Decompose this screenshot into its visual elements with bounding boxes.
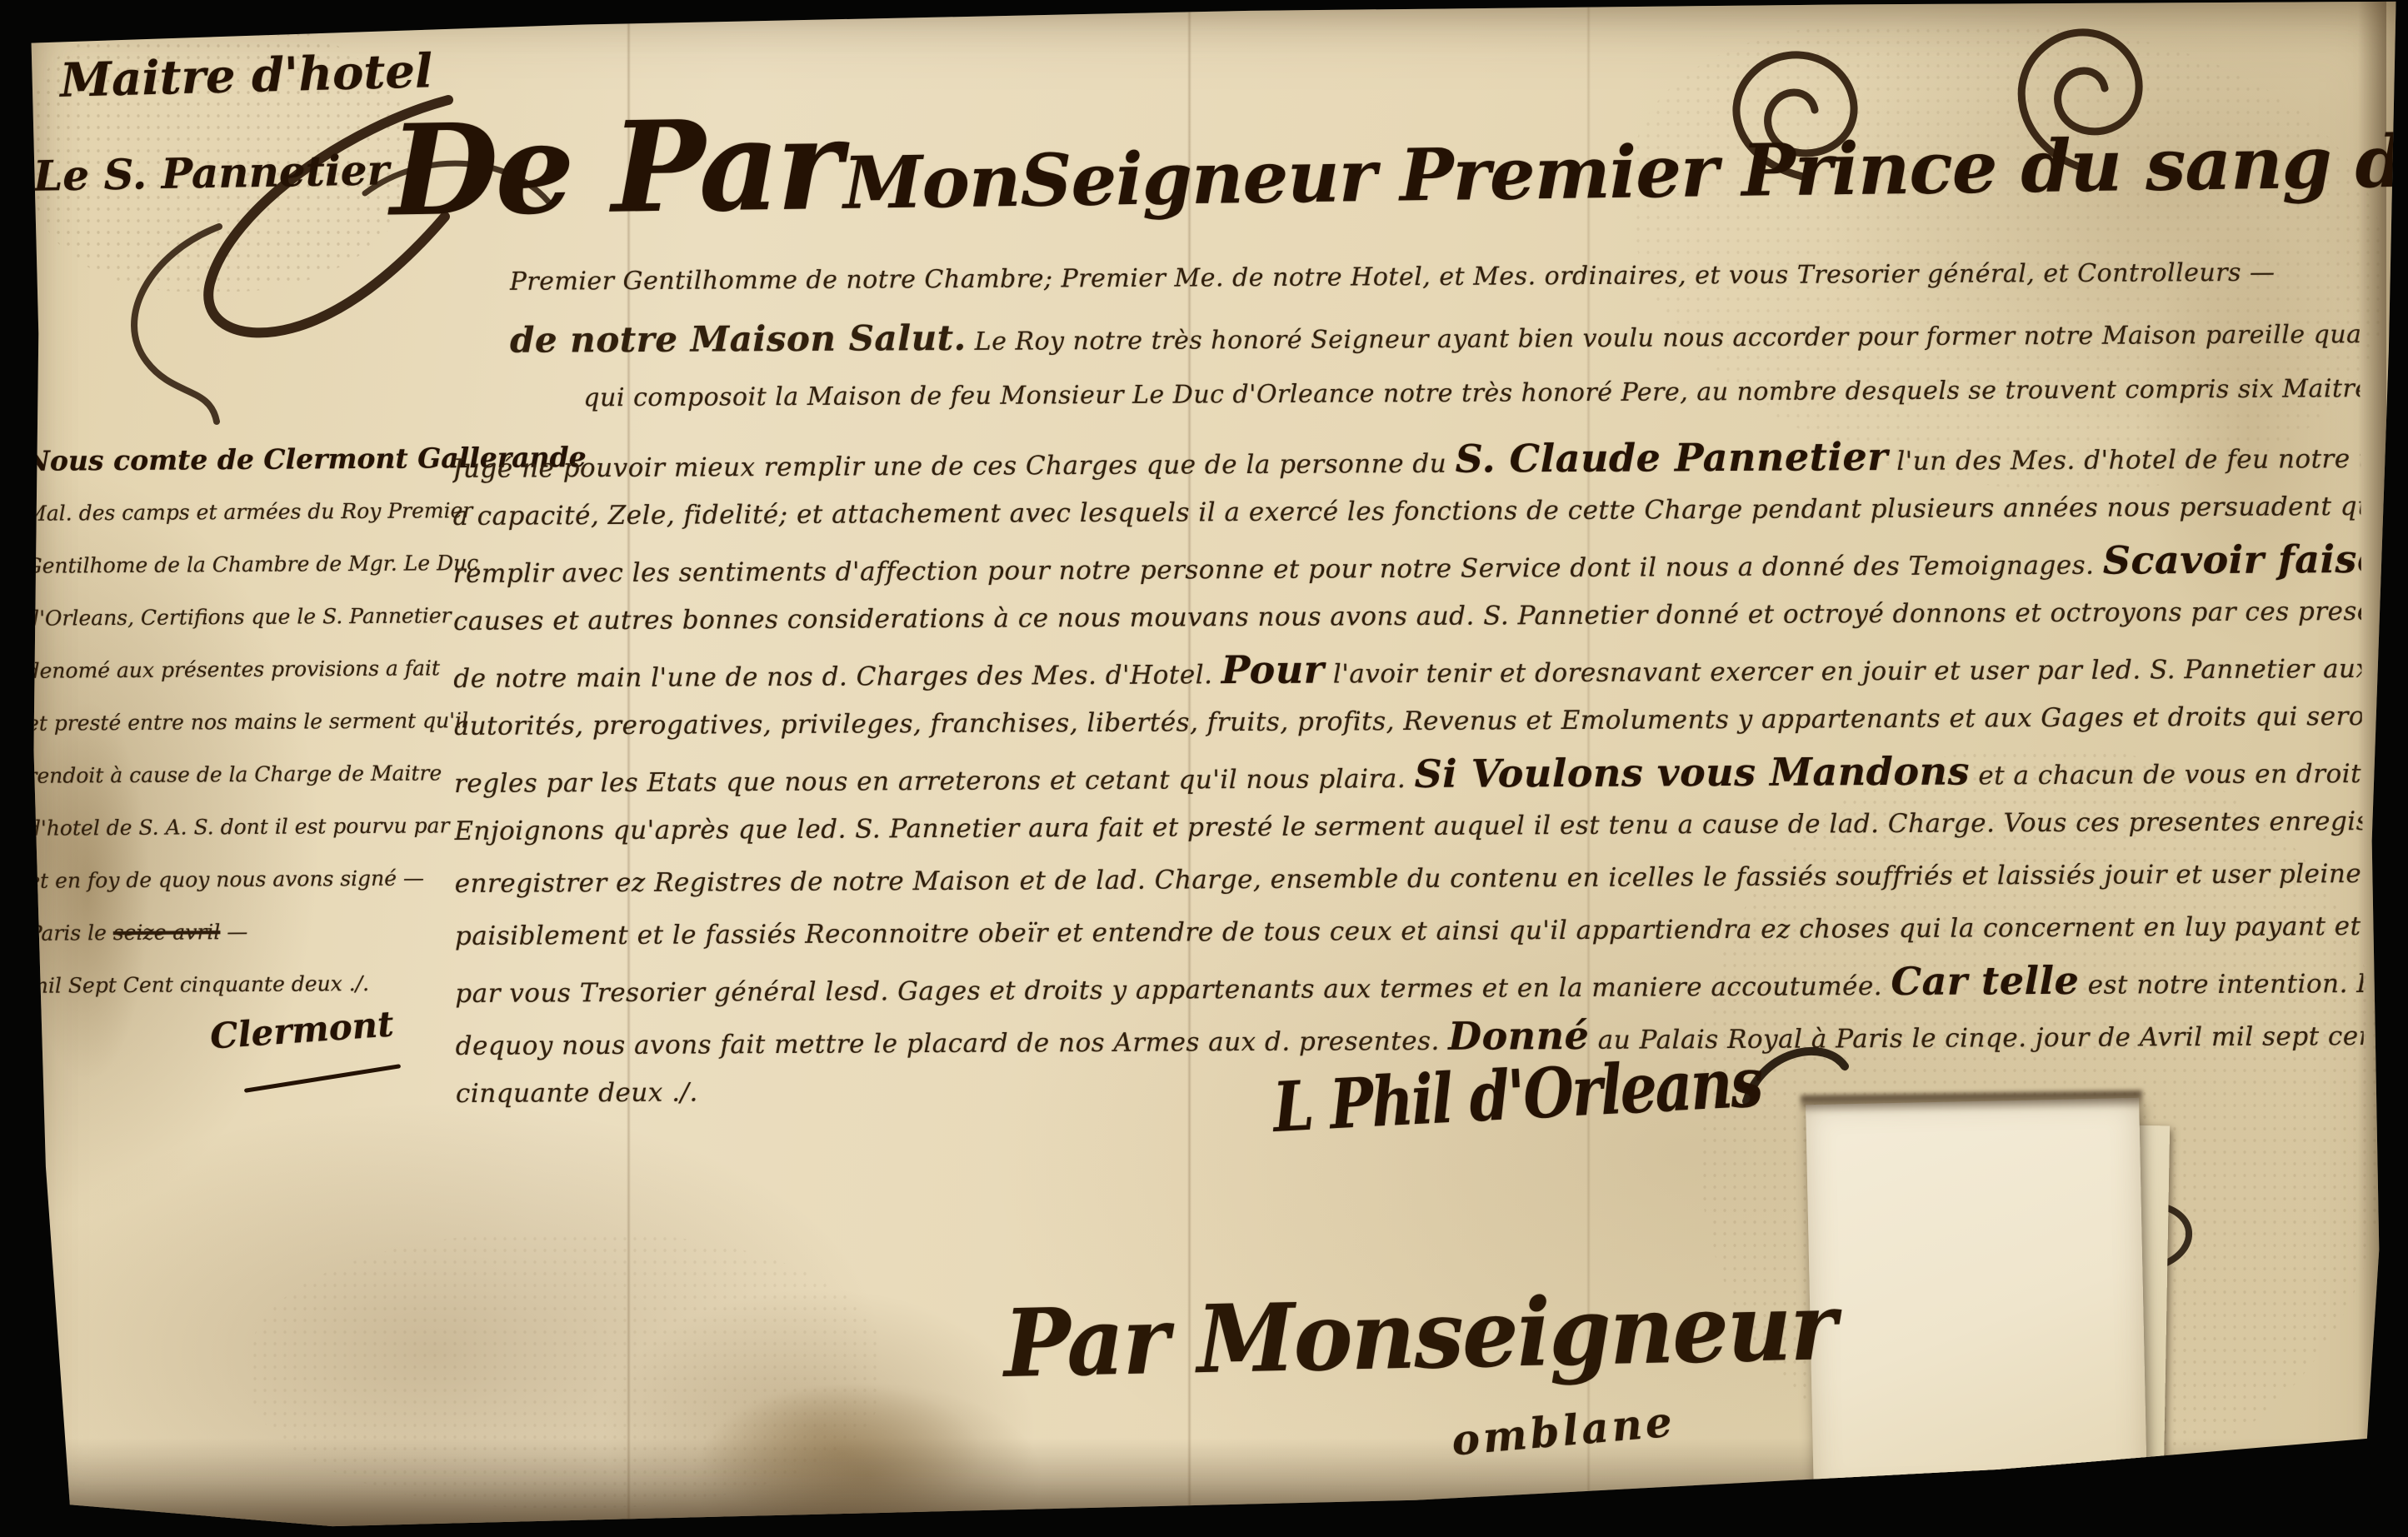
clermont-signature: Clermont [209,1003,396,1056]
heading-rest: MonSeigneur Premier Prince du sang duc d… [843,112,2408,226]
body-text-column: Jugé ne pouvoir mieux remplir une de ces… [452,428,2364,1120]
manuscript-line: de notre main l'une de nos d. Charges de… [453,638,2361,701]
manuscript-line: a capacité, Zele, fidelité; et attacheme… [452,481,2361,543]
margin-attestation-column: Nous comte de Clermont GallerandeMal. de… [25,432,462,1012]
clermont-signature-flourish [244,1064,401,1093]
docket-office-title: Maitre d'hotel [59,43,433,108]
manuscript-line: dequoy nous avons fait mettre le placard… [456,1006,2364,1068]
parchment-document: Maitre d'hotel Le S. Pannetier De Par Mo… [0,0,2408,1537]
heading-title: De Par MonSeigneur Premier Prince du san… [389,62,2408,245]
manuscript-line: de notre Maison Salut. Le Roy notre très… [510,302,2360,370]
manuscript-line: Jugé ne pouvoir mieux remplir une de ces… [452,428,2361,491]
manuscript-line: enregistrer ez Registres de notre Maison… [455,848,2363,911]
manuscript-line: autorités, prerogatives, privileges, fra… [454,691,2362,753]
intro-column: Premier Gentilhomme de notre Chambre; Pr… [509,243,2360,428]
manuscript-line: rendoit à cause de la Charge de Maitre [27,746,460,802]
seal-paper-patch [1806,1098,2147,1498]
manuscript-line: denomé aux présentes provisions a fait [26,641,459,697]
heading-lead: De Par [389,92,840,245]
manuscript-line: et presté entre nos mains le serment qu'… [27,694,460,750]
manuscript-line: Nous comte de Clermont Gallerande [25,432,458,487]
scan-background: Maitre d'hotel Le S. Pannetier De Par Mo… [0,0,2408,1537]
manuscript-line: remplir avec les sentiments d'affection … [453,533,2361,596]
manuscript-line: qui composoit la Maison de feu Monsieur … [510,360,2360,428]
manuscript-line: par vous Tresorier général lesd. Gages e… [455,953,2363,1016]
manuscript-line: d'Orleans, Certifions que le S. Pannetie… [26,589,459,645]
manuscript-line: Gentilhome de la Chambre de Mgr. Le Duc [25,536,458,592]
manuscript-line: d'hotel de S. A. S. dont il est pourvu p… [27,799,461,855]
manuscript-line: mil Sept Cent cinquante deux ./. [28,956,462,1012]
manuscript-line: regles par les Etats que nous en arreter… [454,743,2362,806]
manuscript-line: Mal. des camps et armées du Roy Premier [25,484,458,540]
manuscript-line: paisiblement et le fassiés Reconnoitre o… [455,901,2363,963]
manuscript-line: causes et autres bonnes considerations à… [453,586,2361,648]
docket-holder-name: Le S. Pannetier [33,145,390,200]
manuscript-line: Premier Gentilhomme de notre Chambre; Pr… [509,243,2359,312]
manuscript-line: Enjoignons qu'après que led. S. Pannetie… [454,796,2362,858]
manuscript-line: et en foy de quoy nous avons signé — [27,851,461,907]
closing-formula: Par Monseigneur [1003,1272,1836,1399]
edge-shadow [2358,0,2386,1537]
manuscript-line: Paris le seize avril — [28,904,462,960]
